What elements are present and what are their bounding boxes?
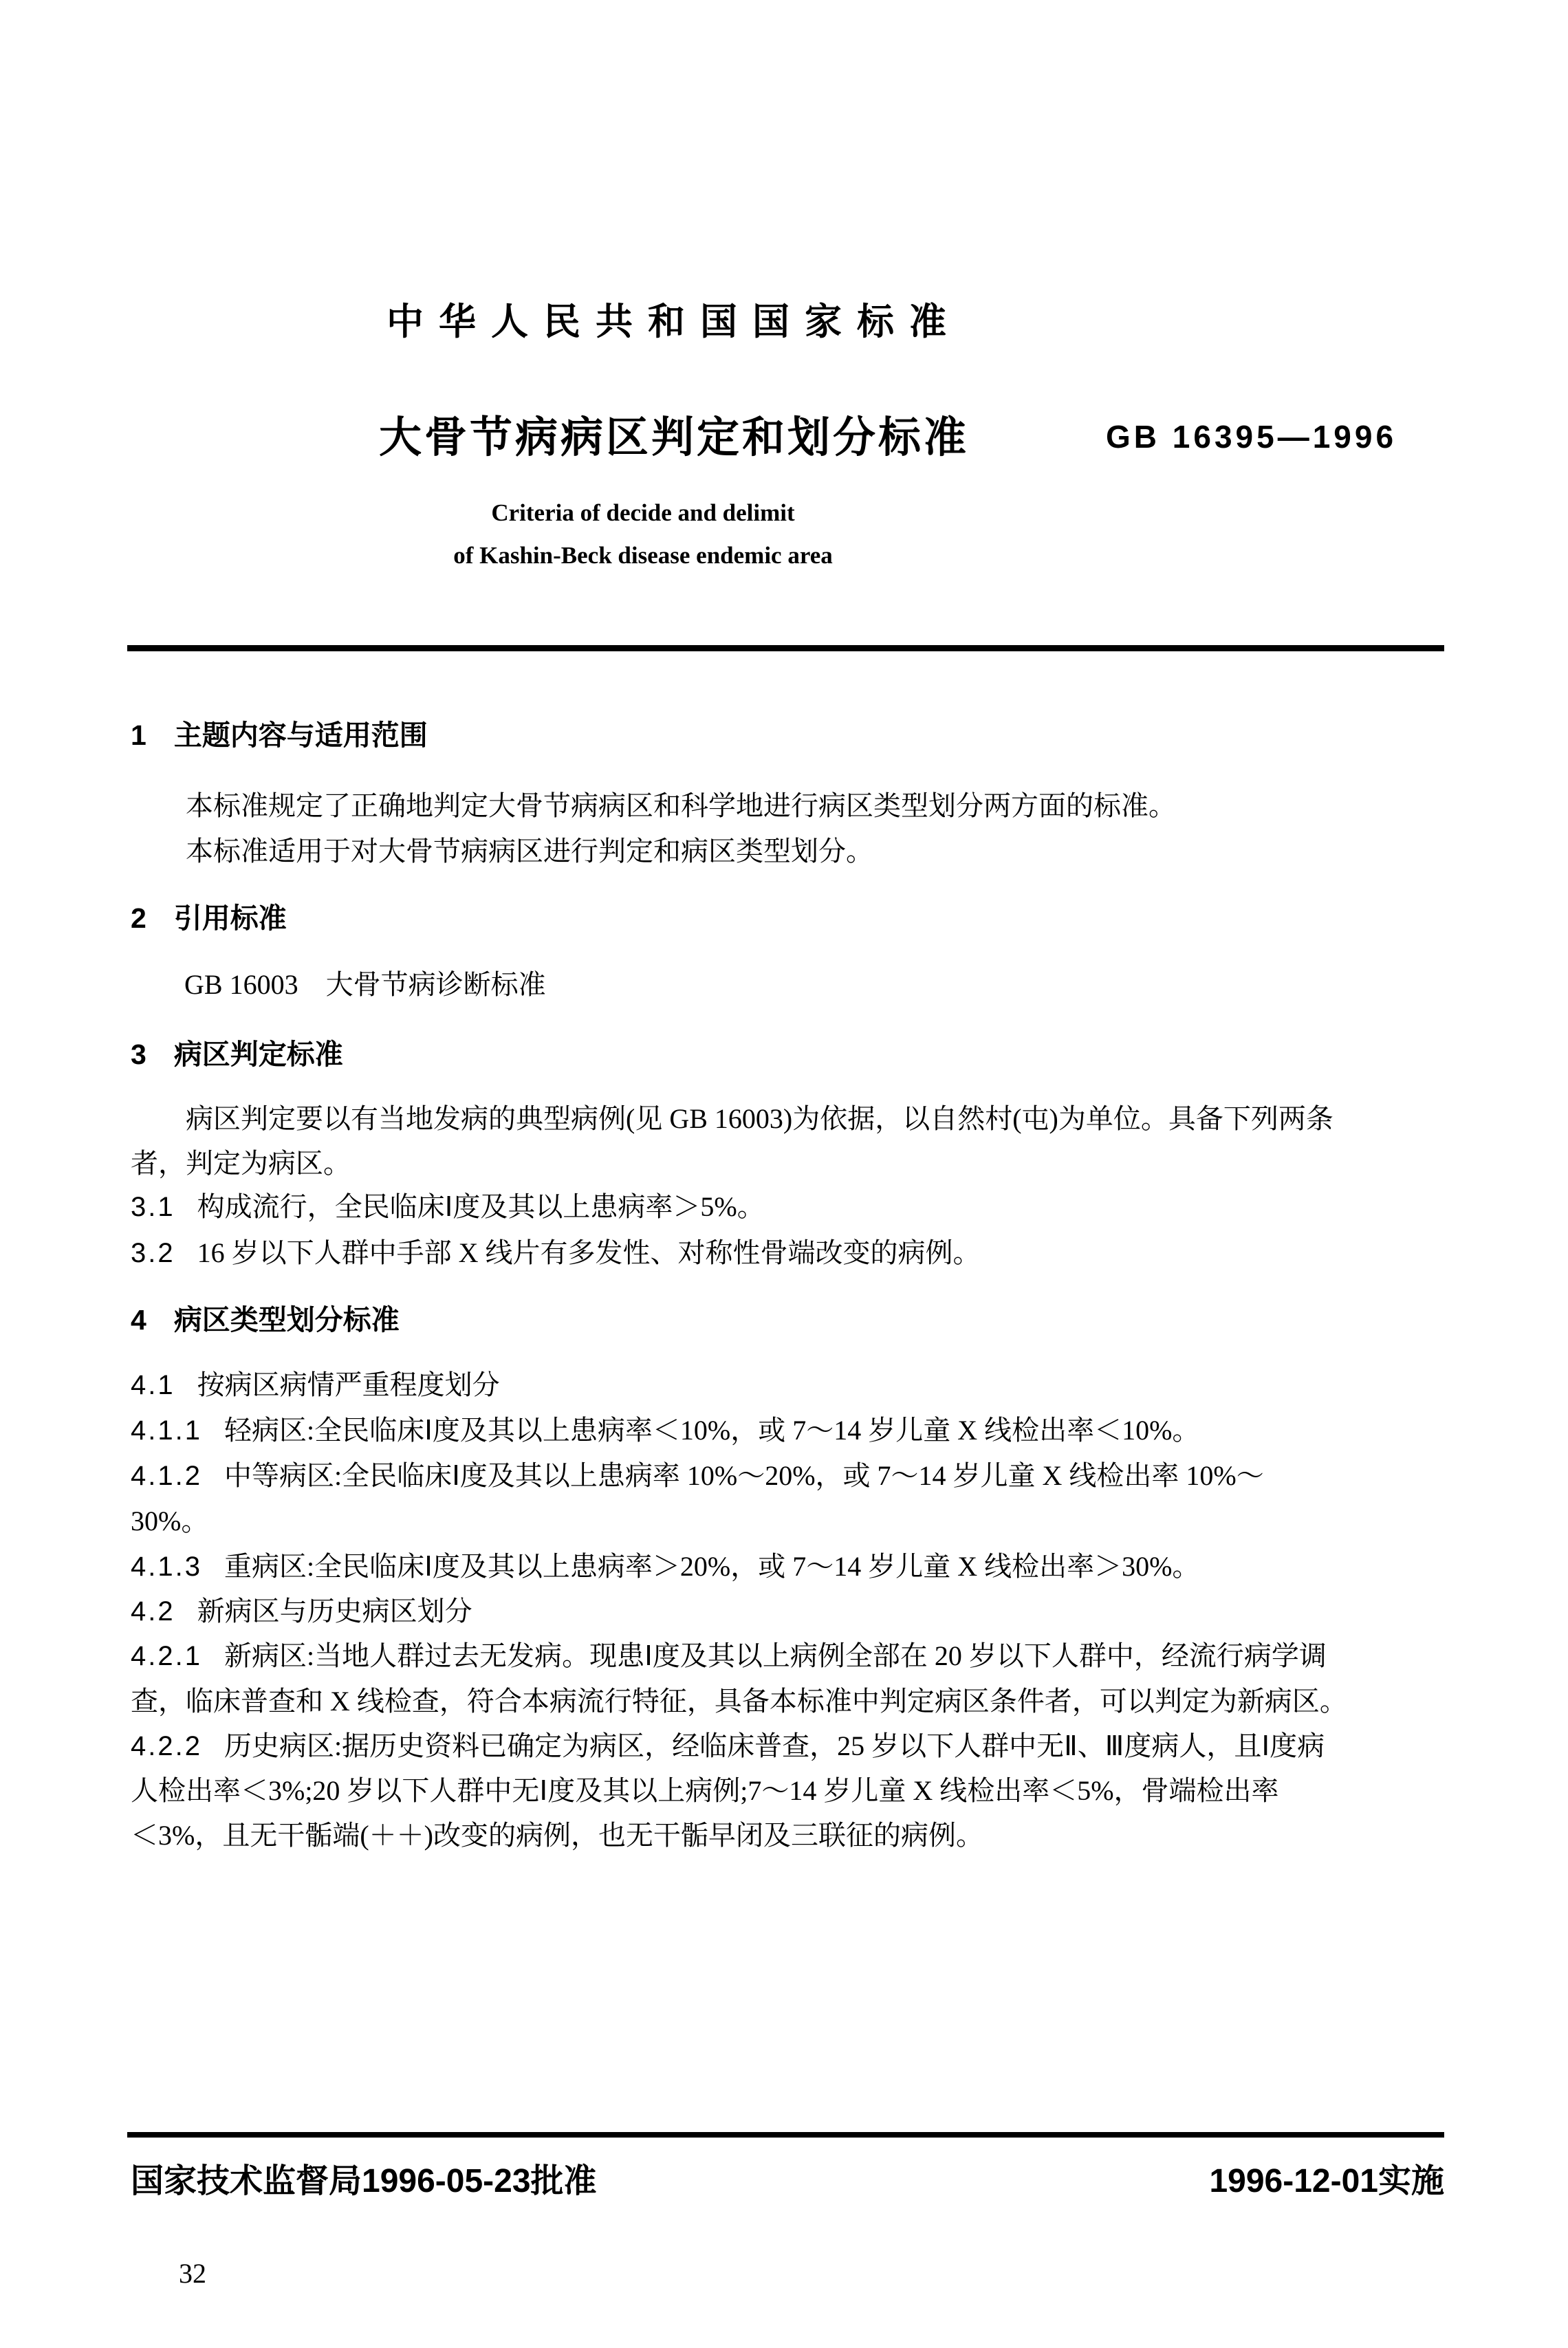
clause-4-1-2-line2: 30%。 (131, 1499, 208, 1539)
implementation-date: 1996-12-01实施 (1209, 2154, 1444, 2202)
clause-3-2-number: 3.2 (131, 1238, 175, 1269)
approval-statement: 国家技术监督局1996-05-23批准 (131, 2154, 597, 2202)
clause-4-1-2-number: 4.1.2 (131, 1461, 202, 1492)
clause-4-2-1-text-line1: 新病区:当地人群过去无发病。现患Ⅰ度及其以上病例全部在 20 岁以下人群中，经流… (224, 1640, 1327, 1671)
clause-4-2-text: 新病区与历史病区划分 (197, 1596, 472, 1627)
section-4-number: 4 (131, 1304, 146, 1336)
standard-number: GB 16395—1996 (1106, 418, 1397, 455)
clause-3-1-number: 3.1 (131, 1192, 175, 1223)
document-title-en-line2: of Kashin-Beck disease endemic area (127, 542, 1159, 569)
clause-4-1-number: 4.1 (131, 1370, 175, 1401)
clause-4-1-3-number: 4.1.3 (131, 1552, 202, 1583)
clause-4-1-1-number: 4.1.1 (131, 1415, 202, 1446)
clause-4-1-2-line1: 4.1.2中等病区:全民临床Ⅰ度及其以上患病率 10%～20%，或 7～14 岁… (131, 1454, 1264, 1493)
clause-4-1: 4.1按病区病情严重程度划分 (131, 1363, 500, 1402)
clause-4-1-1-text: 轻病区:全民临床Ⅰ度及其以上患病率＜10%，或 7～14 岁儿童 X 线检出率＜… (224, 1415, 1199, 1446)
section-1-heading-text: 主题内容与适用范围 (174, 719, 428, 751)
clause-4-1-3-text: 重病区:全民临床Ⅰ度及其以上患病率＞20%，或 7～14 岁儿童 X 线检出率＞… (224, 1551, 1199, 1582)
section-3-heading: 3病区判定标准 (131, 1032, 343, 1072)
section-3-heading-text: 病区判定标准 (174, 1039, 343, 1070)
section-1-paragraph-2: 本标准适用于对大骨节病病区进行判定和病区类型划分。 (186, 829, 873, 869)
clause-3-2-text: 16 岁以下人群中手部 X 线片有多发性、对称性骨端改变的病例。 (197, 1237, 981, 1268)
section-2-reference: GB 16003 大骨节病诊断标准 (184, 963, 546, 1002)
clause-4-1-2-text-line1: 中等病区:全民临床Ⅰ度及其以上患病率 10%～20%，或 7～14 岁儿童 X … (224, 1460, 1264, 1491)
clause-4-2-2-line3: ＜3%，且无干骺端(＋＋)改变的病例，也无干骺早闭及三联征的病例。 (131, 1814, 983, 1853)
document-title-en-line1: Criteria of decide and delimit (127, 499, 1159, 527)
document-page: 中华人民共和国国家标准 大骨节病病区判定和划分标准 GB 16395—1996 … (0, 0, 1568, 2348)
section-2-heading: 2引用标准 (131, 895, 287, 936)
clause-4-2: 4.2新病区与历史病区划分 (131, 1589, 472, 1629)
clause-4-1-3: 4.1.3重病区:全民临床Ⅰ度及其以上患病率＞20%，或 7～14 岁儿童 X … (131, 1545, 1199, 1584)
section-4-heading-text: 病区类型划分标准 (174, 1304, 400, 1336)
section-3-intro-line2: 者，判定为病区。 (131, 1142, 351, 1181)
section-1-heading: 1主题内容与适用范围 (131, 713, 428, 753)
clause-4-2-1-line2: 查，临床普查和 X 线检查，符合本病流行特征，具备本标准中判定病区条件者，可以判… (131, 1680, 1347, 1719)
clause-4-2-1-line1: 4.2.1新病区:当地人群过去无发病。现患Ⅰ度及其以上病例全部在 20 岁以下人… (131, 1634, 1327, 1673)
clause-4-2-2-line1: 4.2.2历史病区:据历史资料已确定为病区，经临床普查，25 岁以下人群中无Ⅱ、… (131, 1724, 1325, 1763)
clause-4-2-2-text-line1: 历史病区:据历史资料已确定为病区，经临床普查，25 岁以下人群中无Ⅱ、Ⅲ度病人，… (224, 1730, 1325, 1761)
section-3-number: 3 (131, 1039, 146, 1071)
clause-4-1-1: 4.1.1轻病区:全民临床Ⅰ度及其以上患病率＜10%，或 7～14 岁儿童 X … (131, 1409, 1199, 1448)
clause-4-2-2-line2: 人检出率＜3%;20 岁以下人群中无Ⅰ度及其以上病例;7～14 岁儿童 X 线检… (131, 1769, 1279, 1808)
section-4-heading: 4病区类型划分标准 (131, 1297, 400, 1338)
clause-4-1-text: 按病区病情严重程度划分 (197, 1369, 500, 1400)
standard-type-title: 中华人民共和国国家标准 (127, 292, 1221, 345)
section-2-heading-text: 引用标准 (174, 902, 287, 934)
clause-4-2-1-number: 4.2.1 (131, 1641, 202, 1672)
clause-3-1: 3.1构成流行，全民临床Ⅰ度及其以上患病率＞5%。 (131, 1185, 765, 1224)
section-1-number: 1 (131, 719, 146, 752)
section-2-number: 2 (131, 902, 146, 935)
section-1-paragraph-1: 本标准规定了正确地判定大骨节病病区和科学地进行病区类型划分两方面的标准。 (186, 784, 1176, 823)
document-title-cn: 大骨节病病区判定和划分标准 (127, 403, 1221, 464)
page-number: 32 (179, 2257, 206, 2290)
clause-4-2-number: 4.2 (131, 1596, 175, 1627)
clause-3-1-text: 构成流行，全民临床Ⅰ度及其以上患病率＞5%。 (197, 1191, 765, 1222)
clause-4-2-2-number: 4.2.2 (131, 1731, 202, 1762)
clause-3-2: 3.216 岁以下人群中手部 X 线片有多发性、对称性骨端改变的病例。 (131, 1231, 981, 1270)
header-divider-rule (127, 645, 1444, 651)
section-3-intro-line1: 病区判定要以有当地发病的典型病例(见 GB 16003)为依据，以自然村(屯)为… (186, 1097, 1333, 1136)
footer-divider-rule (127, 2132, 1444, 2138)
